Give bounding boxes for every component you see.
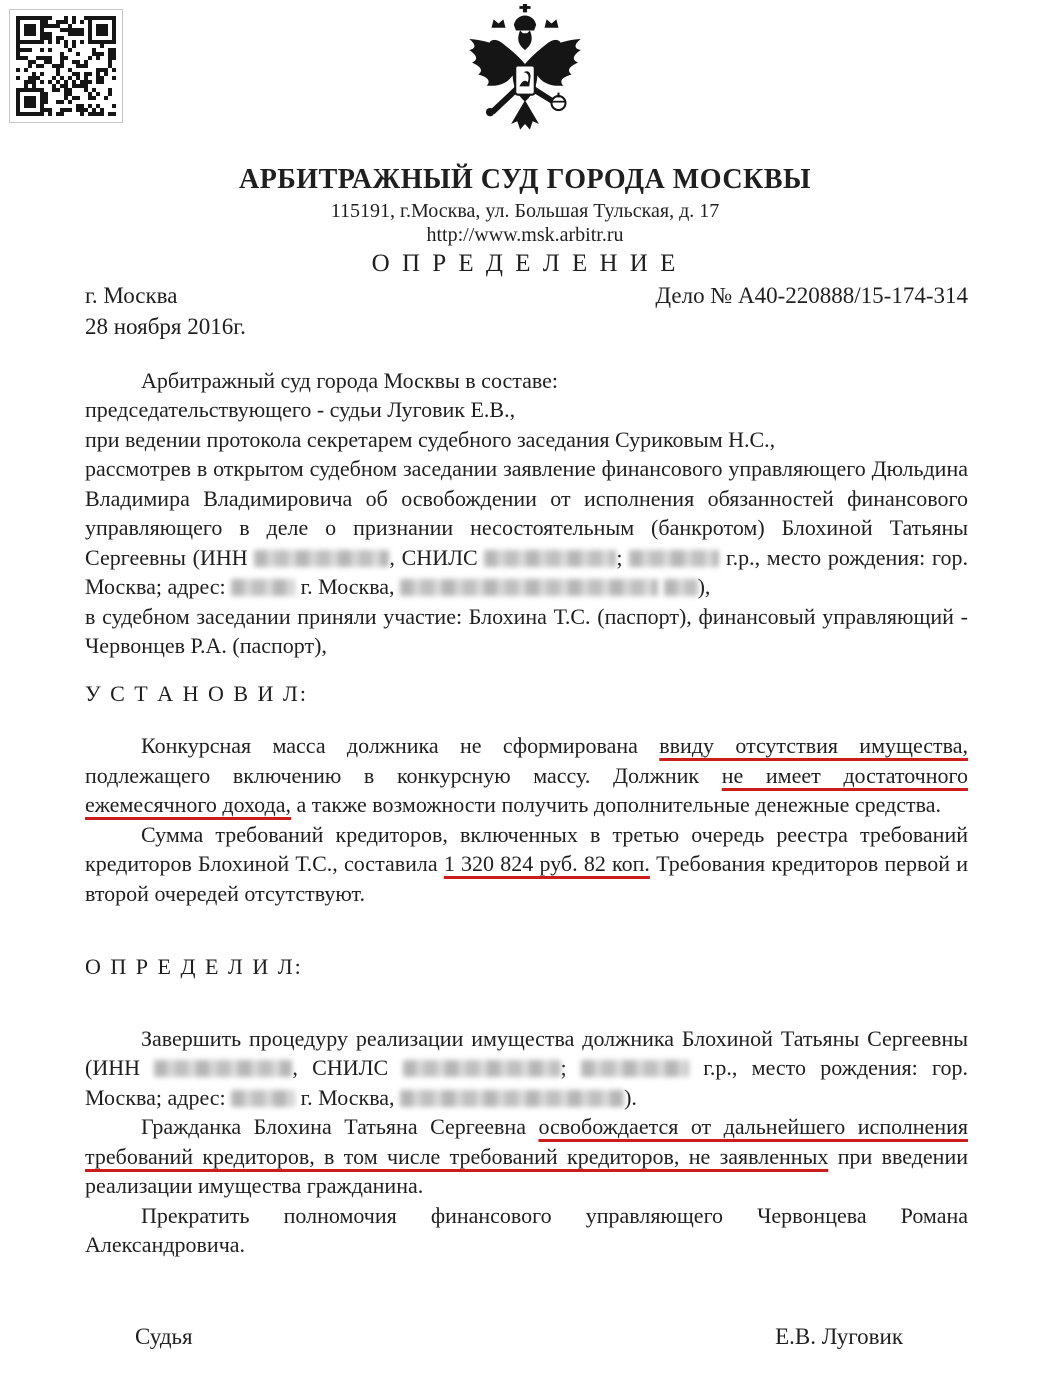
redacted-text <box>403 1060 561 1077</box>
case-info-row: г. Москва Дело № А40-220888/15-174-314 <box>85 283 968 309</box>
document-type-title: О П Р Е Д Е Л Е Н И Е <box>0 250 1050 278</box>
text-run <box>658 574 664 599</box>
section-heading-ustanovil: У С Т А Н О В И Л: <box>85 679 968 709</box>
section-heading-opredelil: О П Р Е Д Е Л И Л: <box>85 952 968 982</box>
redacted-text <box>581 1060 689 1077</box>
signature-name: Е.В. Луговик <box>775 1324 903 1350</box>
redacted-text <box>664 579 698 596</box>
text-run: г. Москва, <box>295 574 400 599</box>
intro-line-court-composition: Арбитражный суд города Москвы в составе: <box>85 366 968 396</box>
document-header: АРБИТРАЖНЫЙ СУД ГОРОДА МОСКВЫ 115191, г.… <box>0 165 1050 278</box>
text-run: а также возможности получить дополнитель… <box>291 792 941 817</box>
text-run: , СНИЛС <box>292 1055 402 1080</box>
court-website: http://www.msk.arbitr.ru <box>0 224 1050 247</box>
text-run: ), <box>698 574 711 599</box>
qr-code <box>9 9 123 123</box>
redacted-text <box>231 579 295 596</box>
qr-code-pattern <box>16 16 116 116</box>
intro-section: Арбитражный суд города Москвы в составе:… <box>85 366 968 661</box>
text-run: г. Москва, <box>295 1085 400 1110</box>
intro-line-presiding-judge: председательствующего - судьи Луговик Е.… <box>85 395 968 425</box>
opredelil-paragraph-complete-procedure: Завершить процедуру реализации имущества… <box>85 1024 968 1113</box>
redacted-text <box>629 550 719 567</box>
ustanovil-paragraph-claims-sum: Сумма требований кредиторов, включенных … <box>85 820 968 909</box>
court-name: АРБИТРАЖНЫЙ СУД ГОРОДА МОСКВЫ <box>0 165 1050 196</box>
opredelil-paragraph-terminate-powers: Прекратить полномочия финансового управл… <box>85 1201 968 1260</box>
court-document-page: АРБИТРАЖНЫЙ СУД ГОРОДА МОСКВЫ 115191, г.… <box>0 0 1050 1400</box>
signature-role: Судья <box>135 1324 193 1350</box>
redacted-text <box>254 550 389 567</box>
opredelil-paragraph-release: Гражданка Блохина Татьяна Сергеевна осво… <box>85 1112 968 1201</box>
ustanovil-paragraph-estate: Конкурсная масса должника не сформирован… <box>85 731 968 820</box>
russia-coat-of-arms-icon <box>455 4 595 154</box>
redacted-text <box>154 1060 292 1077</box>
signature-row: Судья Е.В. Луговик <box>85 1324 968 1350</box>
redacted-text <box>484 550 616 567</box>
text-run: Гражданка Блохина Татьяна Сергеевна <box>141 1114 538 1139</box>
court-address: 115191, г.Москва, ул. Большая Тульская, … <box>0 200 1050 223</box>
text-run: подлежащего включению в конкурсную массу… <box>85 763 722 788</box>
redacted-text <box>400 1090 624 1107</box>
intro-paragraph-case-review: рассмотрев в открытом судебном заседании… <box>85 454 968 602</box>
red-underlined-text: ввиду отсутствия имущества, <box>659 733 968 758</box>
text-run: ). <box>624 1085 637 1110</box>
red-underlined-text: 1 320 824 руб. 82 коп. <box>444 851 650 876</box>
text-run: ; <box>616 545 629 570</box>
case-number: Дело № А40-220888/15-174-314 <box>655 283 968 309</box>
case-date: 28 ноября 2016г. <box>85 314 968 340</box>
redacted-text <box>400 579 658 596</box>
text-run: Конкурсная масса должника не сформирован… <box>141 733 659 758</box>
text-run: , СНИЛС <box>389 545 484 570</box>
redacted-text <box>231 1090 295 1107</box>
case-city: г. Москва <box>85 283 177 309</box>
intro-paragraph-participants: в судебном заседании приняли участие: Бл… <box>85 602 968 661</box>
intro-line-secretary: при ведении протокола секретарем судебно… <box>85 425 968 455</box>
text-run: ; <box>561 1055 581 1080</box>
